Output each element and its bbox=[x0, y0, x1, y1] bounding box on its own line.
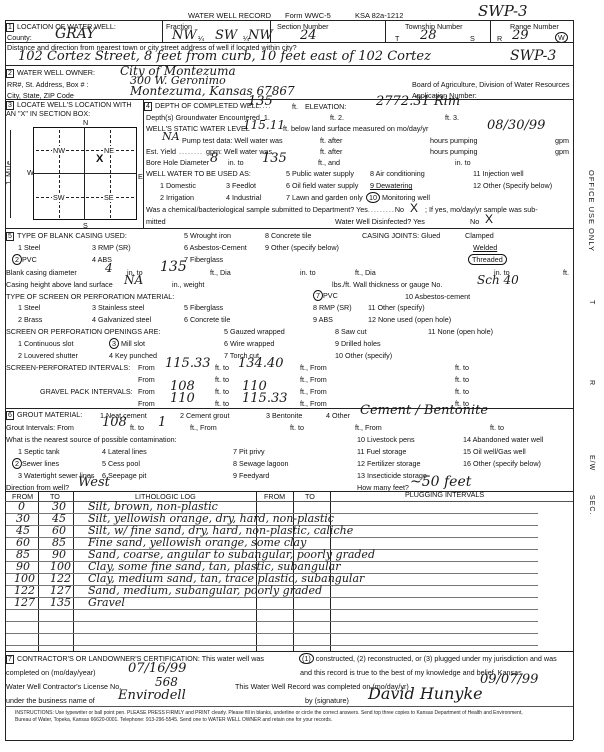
contam-12[interactable]: 12 Fertilizer storage bbox=[357, 459, 421, 468]
bore-in-to-2: in. to bbox=[455, 158, 471, 167]
log-header-to-2: TO bbox=[305, 492, 315, 501]
blank-dia-2: ft., Dia bbox=[210, 268, 231, 277]
gw-2: ft. 2. bbox=[330, 113, 344, 122]
quad-se: SE bbox=[103, 193, 115, 202]
lbs-label: lbs./ft. Wall thickness or gauge No. bbox=[332, 280, 442, 289]
gravel-ftfrom: ft., From bbox=[300, 387, 327, 396]
casing-2[interactable]: 2PVC bbox=[12, 254, 37, 265]
opening-6[interactable]: 6 Wire wrapped bbox=[224, 339, 274, 348]
screen-12[interactable]: 12 None used (open hole) bbox=[368, 315, 451, 324]
north-label: N bbox=[83, 118, 88, 127]
casing-7[interactable]: 7 Fiberglass bbox=[184, 255, 223, 264]
opening-10[interactable]: 10 Other (specify) bbox=[335, 351, 392, 360]
well-id: SWP-3 bbox=[510, 48, 556, 64]
screen-6[interactable]: 6 Concrete tile bbox=[184, 315, 230, 324]
yield-gpm: gpm bbox=[555, 147, 569, 156]
screen-ftto-2: ft. to bbox=[455, 363, 469, 372]
contam-2[interactable]: 2Sewer lines bbox=[12, 458, 59, 469]
signature-label: by (signature) bbox=[305, 696, 349, 705]
grout-ftfrom-2: ft., From bbox=[355, 423, 382, 432]
use-5[interactable]: 5 Public water supply bbox=[286, 169, 354, 178]
screen-8[interactable]: 8 RMP (SR) bbox=[313, 303, 352, 312]
chem-suffix: ; If yes, mo/day/yr sample was sub- bbox=[425, 205, 538, 214]
gravel-from-2-lbl: From bbox=[138, 399, 155, 408]
grout-from-field[interactable]: 108 bbox=[102, 415, 127, 430]
contam-10[interactable]: 10 Livestock pens bbox=[357, 435, 415, 444]
grout-label: 6GROUT MATERIAL: bbox=[6, 410, 82, 420]
contam-1[interactable]: 1 Septic tank bbox=[18, 447, 60, 456]
blank-dia-label: Blank casing diameter bbox=[6, 268, 77, 277]
screen-ftfrom-2: ft., From bbox=[300, 375, 327, 384]
grout-ftfrom: ft., From bbox=[190, 423, 217, 432]
completed-field[interactable]: 07/16/99 bbox=[128, 661, 186, 676]
screen-3[interactable]: 3 Stainless steel bbox=[92, 303, 144, 312]
screen-1[interactable]: 1 Steel bbox=[18, 303, 40, 312]
screen-ftto-4: ft. to bbox=[455, 375, 469, 384]
pump-na[interactable]: NA bbox=[162, 130, 180, 143]
license-field[interactable]: 568 bbox=[155, 675, 178, 689]
location-mark: X bbox=[96, 153, 103, 165]
pump-gpm: gpm bbox=[555, 136, 569, 145]
grout-ftto-3: ft. to bbox=[490, 423, 504, 432]
howmany-field[interactable]: ~50 feet bbox=[410, 474, 471, 490]
quad-sw: SW bbox=[52, 193, 66, 202]
use-4[interactable]: 4 Industrial bbox=[226, 193, 261, 202]
direction-field[interactable]: West bbox=[78, 475, 110, 490]
blank-dia-3: ft., Dia bbox=[355, 268, 376, 277]
grout-other-field[interactable]: Cement / Bentonite bbox=[360, 403, 488, 418]
use-7[interactable]: 7 Lawn and garden only bbox=[286, 193, 363, 202]
use-8[interactable]: 8 Air conditioning bbox=[370, 169, 425, 178]
opening-2[interactable]: 2 Louvered shutter bbox=[18, 351, 78, 360]
fraction-1[interactable]: NW bbox=[172, 28, 197, 43]
office-r: R bbox=[588, 380, 595, 386]
quad-ne: NE bbox=[103, 146, 115, 155]
blank-dia-field[interactable]: 4 bbox=[105, 261, 113, 275]
ksa-number: KSA 82a-1212 bbox=[355, 11, 403, 20]
log-row[interactable]: 127135Gravel bbox=[6, 598, 538, 610]
gravel-ftto-2: ft. to bbox=[455, 387, 469, 396]
contam-16[interactable]: 16 Other (specify below) bbox=[463, 459, 541, 468]
contam-9[interactable]: 9 Feedyard bbox=[233, 471, 269, 480]
screen-11[interactable]: 11 Other (specify) bbox=[368, 303, 425, 312]
screen-label: TYPE OF SCREEN OR PERFORATION MATERIAL: bbox=[6, 292, 174, 301]
screen-5[interactable]: 5 Fiberglass bbox=[184, 303, 223, 312]
contam-8[interactable]: 8 Sewage lagoon bbox=[233, 459, 289, 468]
use-9[interactable]: 9 Dewatering bbox=[370, 181, 412, 190]
distance-field[interactable]: 102 Cortez Street, 8 feet from curb, 10 … bbox=[18, 49, 431, 64]
casing-8[interactable]: 8 Concrete tile bbox=[265, 231, 311, 240]
screen-ftfrom: ft., From bbox=[300, 363, 327, 372]
casing-1[interactable]: 1 Steel bbox=[18, 243, 40, 252]
use-label: WELL WATER TO BE USED AS: bbox=[146, 169, 251, 178]
bore-label: Bore Hole Diameter bbox=[146, 158, 209, 167]
county-label: County: bbox=[7, 33, 32, 42]
cert-option-constructed[interactable]: (1) constructed, (2) reconstructed, or (… bbox=[299, 653, 557, 664]
use-11[interactable]: 11 Injection well bbox=[473, 169, 524, 178]
casing-3[interactable]: 3 RMP (SR) bbox=[92, 243, 131, 252]
screen-from-2: From bbox=[138, 375, 155, 384]
static-suffix: ft. below land surface measured on mo/da… bbox=[283, 124, 428, 133]
disinfected-mark[interactable]: X bbox=[485, 212, 493, 226]
use-3[interactable]: 3 Feedlot bbox=[226, 181, 256, 190]
grout-2[interactable]: 2 Cement grout bbox=[180, 411, 230, 420]
joint-clamped[interactable]: Clamped bbox=[465, 231, 494, 240]
use-6[interactable]: 6 Oil field water supply bbox=[286, 181, 358, 190]
height-field[interactable]: NA bbox=[124, 273, 143, 287]
opening-3[interactable]: 3 Mill slot bbox=[109, 338, 145, 349]
bore-to-field[interactable]: 135 bbox=[262, 151, 287, 166]
mitted: mitted bbox=[146, 217, 166, 226]
log-row[interactable] bbox=[6, 622, 538, 634]
office-t: T bbox=[588, 300, 595, 305]
opening-9[interactable]: 9 Drilled holes bbox=[335, 339, 381, 348]
static-date[interactable]: 08/30/99 bbox=[487, 118, 545, 133]
disinfected-no: No bbox=[470, 217, 479, 226]
height-label: Casing height above land surface bbox=[6, 280, 113, 289]
gravel-label: GRAVEL PACK INTERVALS: bbox=[40, 387, 133, 396]
gravel-ftfrom-2: ft., From bbox=[300, 399, 327, 408]
chem-no-mark[interactable]: X bbox=[410, 201, 418, 215]
fraction-2[interactable]: SW bbox=[215, 28, 237, 43]
log-header-plugging: PLUGGING INTERVALS bbox=[405, 490, 484, 499]
gauge-field[interactable]: Sch 40 bbox=[477, 273, 519, 287]
log-row[interactable]: 122127Sand, medium, subangular, poorly g… bbox=[6, 586, 538, 598]
business-field[interactable]: Envirodell bbox=[118, 688, 186, 703]
use-1[interactable]: 1 Domestic bbox=[160, 181, 196, 190]
grout-3[interactable]: 3 Bentonite bbox=[266, 411, 302, 420]
gravel-to-2[interactable]: 115.33 bbox=[242, 391, 288, 406]
screen-9[interactable]: 9 ABS bbox=[313, 315, 333, 324]
screen-7[interactable]: 7PVC bbox=[313, 290, 338, 301]
disinfected-label: Water Well Disinfected? Yes bbox=[335, 217, 425, 226]
yield-after: ft. after bbox=[320, 147, 342, 156]
gw-3: ft. 3. bbox=[445, 113, 459, 122]
elevation-field[interactable]: 2772.31 Rim bbox=[376, 94, 460, 109]
blank-in-to-2: in. to bbox=[300, 268, 316, 277]
section3-label: 3LOCATE WELL'S LOCATION WITH AN "X" IN S… bbox=[6, 101, 141, 118]
county-field[interactable]: GRAY bbox=[55, 26, 96, 42]
license-label: Water Well Contractor's License No. bbox=[6, 682, 121, 691]
grout-ftto-2: ft. to bbox=[290, 423, 304, 432]
contam-label: What is the nearest source of possible c… bbox=[6, 435, 177, 444]
east-label: E bbox=[138, 172, 143, 181]
casing-label: 5TYPE OF BLANK CASING USED: bbox=[6, 231, 127, 241]
joint-welded[interactable]: Welded bbox=[473, 243, 497, 252]
business-label: under the business name of bbox=[6, 696, 95, 705]
opening-8[interactable]: 8 Saw cut bbox=[335, 327, 367, 336]
section-number-field[interactable]: 24 bbox=[300, 28, 317, 43]
gravel-from: From bbox=[138, 387, 155, 396]
use-10[interactable]: 10 Monitoring well bbox=[366, 192, 430, 203]
opening-4[interactable]: 4 Key punched bbox=[109, 351, 157, 360]
contam-15[interactable]: 15 Oil well/Gas well bbox=[463, 447, 526, 456]
contam-5[interactable]: 5 Cess pool bbox=[102, 459, 140, 468]
completed-label: completed on (mo/day/year) bbox=[6, 668, 96, 677]
yield-hours: hours pumping bbox=[430, 147, 478, 156]
office-sec: SEC. bbox=[588, 495, 595, 515]
bore-in-to: in. to bbox=[228, 158, 244, 167]
gravel-ftto: ft. to bbox=[215, 387, 229, 396]
log-row[interactable] bbox=[6, 610, 538, 622]
static-field[interactable]: 115.11 bbox=[243, 118, 285, 132]
gravel-from-2[interactable]: 110 bbox=[170, 391, 195, 406]
blank-ft: ft. bbox=[563, 268, 569, 277]
opening-5[interactable]: 5 Gauzed wrapped bbox=[224, 327, 285, 336]
screen-2[interactable]: 2 Brass bbox=[18, 315, 42, 324]
signature-field[interactable]: David Hunyke bbox=[368, 684, 483, 703]
blank-to-field[interactable]: 135 bbox=[160, 259, 187, 275]
pump-hours: hours pumping bbox=[430, 136, 478, 145]
contam-7[interactable]: 7 Pit privy bbox=[233, 447, 265, 456]
log-header-from-2: FROM bbox=[264, 492, 285, 501]
joints-label: CASING JOINTS: Glued bbox=[362, 231, 440, 240]
screen-from: From bbox=[138, 363, 155, 372]
grout-to-field[interactable]: 1 bbox=[158, 415, 166, 430]
office-use-label: OFFICE USE ONLY bbox=[587, 170, 596, 252]
contam-11[interactable]: 11 Fuel storage bbox=[357, 447, 406, 456]
opening-11[interactable]: 11 None (open hole) bbox=[428, 327, 493, 336]
grout-int-label: Grout Intervals: From bbox=[6, 423, 74, 432]
casing-6[interactable]: 6 Asbestos-Cement bbox=[184, 243, 247, 252]
office-ew: E/W bbox=[588, 455, 595, 471]
joint-threaded[interactable]: Threaded bbox=[468, 254, 507, 265]
screen-to-field[interactable]: 134.40 bbox=[238, 356, 284, 371]
depth-ft: ft. bbox=[292, 102, 298, 111]
record-date-field[interactable]: 09/07/99 bbox=[480, 672, 538, 687]
gravel-ftto-3: ft. to bbox=[215, 399, 229, 408]
form-title: WATER WELL RECORD bbox=[188, 11, 271, 20]
form-number: Form WWC-5 bbox=[285, 11, 331, 20]
grout-ftto: ft. to bbox=[130, 423, 144, 432]
weight-label: in., weight bbox=[172, 280, 204, 289]
screen-4[interactable]: 4 Galvanized steel bbox=[92, 315, 151, 324]
screen-from-field[interactable]: 115.33 bbox=[165, 356, 211, 371]
screen-ftto-3: ft. to bbox=[215, 375, 229, 384]
casing-9[interactable]: 9 Other (specify below) bbox=[265, 243, 339, 252]
use-2[interactable]: 2 Irrigation bbox=[160, 193, 194, 202]
casing-5[interactable]: 5 Wrought iron bbox=[184, 231, 231, 240]
screen-int-label: SCREEN-PERFORATED INTERVALS: bbox=[6, 363, 130, 372]
screen-ftto: ft. to bbox=[215, 363, 229, 372]
fraction-3[interactable]: NW bbox=[248, 28, 273, 43]
log-row[interactable] bbox=[6, 634, 538, 646]
chem-sample-label: Was a chemical/bacteriological sample su… bbox=[146, 205, 404, 214]
township-field[interactable]: 28 bbox=[420, 28, 437, 43]
quad-nw: NW bbox=[52, 146, 66, 155]
stamp-id: SWP-3 bbox=[478, 2, 528, 20]
bore-dia-field[interactable]: 8 bbox=[210, 151, 218, 166]
pump-label: Pump test data: Well water was bbox=[182, 136, 283, 145]
contam-14[interactable]: 14 Abandoned water well bbox=[463, 435, 543, 444]
section2-label: 2WATER WELL OWNER: bbox=[6, 68, 95, 78]
elevation-label: ELEVATION: bbox=[305, 102, 346, 111]
screen-10[interactable]: 10 Asbestos-cement bbox=[405, 292, 470, 301]
contam-4[interactable]: 4 Lateral lines bbox=[102, 447, 147, 456]
openings-label: SCREEN OR PERFORATION OPENINGS ARE: bbox=[6, 327, 160, 336]
opening-1[interactable]: 1 Continuous slot bbox=[18, 339, 74, 348]
instructions: INSTRUCTIONS: Use typewriter or ball poi… bbox=[15, 710, 535, 724]
pump-after: ft. after bbox=[320, 136, 342, 145]
use-12[interactable]: 12 Other (Specify below) bbox=[473, 181, 552, 190]
address-label: RR#, St. Address, Box # : bbox=[7, 80, 89, 89]
board-label: Board of Agriculture, Division of Water … bbox=[412, 80, 570, 89]
bore-and: ft., and bbox=[318, 158, 340, 167]
depth-field[interactable]: 135 bbox=[248, 94, 273, 109]
range-field[interactable]: 29 bbox=[512, 28, 529, 43]
grout-4[interactable]: 4 Other bbox=[326, 411, 350, 420]
